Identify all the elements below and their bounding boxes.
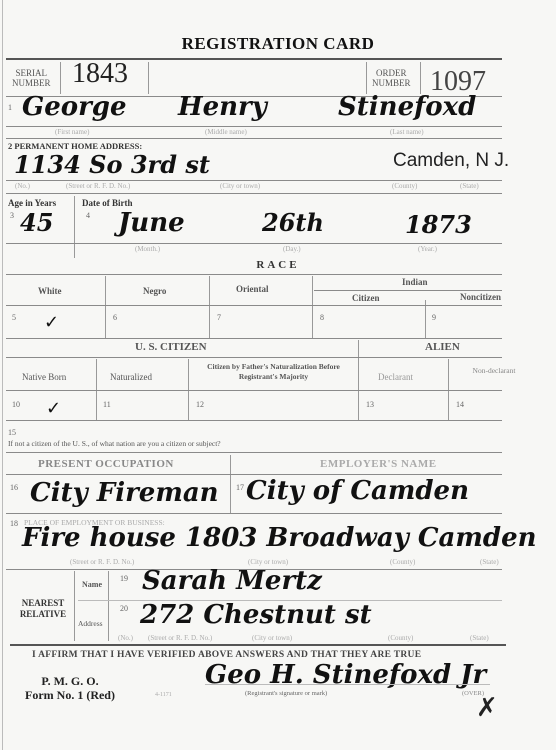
occupation-value: City Fireman — [30, 478, 219, 508]
employer-header: EMPLOYER'S NAME — [320, 458, 437, 470]
employment-place-value: Fire house 1803 Broadway Camden — [22, 523, 537, 553]
order-number-label: ORDER NUMBER — [372, 68, 411, 88]
alien-header: ALIEN — [425, 341, 460, 353]
race-white-checkmark: ✓ — [44, 312, 59, 333]
registrant-mark-icon: ✗ — [476, 693, 498, 723]
birth-year: 1873 — [405, 210, 472, 239]
indian-label: Indian — [402, 277, 428, 287]
serial-number: 1843 — [72, 58, 128, 90]
nearest-relative-label: NEAREST RELATIVE — [14, 598, 72, 620]
birth-month: June — [118, 208, 185, 238]
birth-day: 26th — [262, 208, 324, 237]
occupation-header: PRESENT OCCUPATION — [38, 458, 174, 470]
middle-name: Henry — [178, 92, 267, 122]
employer-value: City of Camden — [246, 476, 469, 506]
question-15: If not a citizen of the U. S., of what n… — [8, 439, 221, 448]
footer-form-id: P. M. G. O. Form No. 1 (Red) — [10, 674, 130, 702]
first-name: George — [22, 92, 127, 122]
us-citizen-header: U. S. CITIZEN — [135, 341, 207, 353]
relative-name: Sarah Mertz — [142, 566, 322, 596]
home-city-state: Camden, N J. — [393, 150, 509, 172]
birth-date-label: Date of Birth — [82, 198, 133, 208]
relative-address: 272 Chestnut st — [140, 600, 372, 630]
affirmation-text: I AFFIRM THAT I HAVE VERIFIED ABOVE ANSW… — [32, 650, 421, 660]
race-header: RACE — [0, 259, 556, 271]
age-label: Age in Years — [8, 198, 56, 208]
card-title: REGISTRATION CARD — [0, 34, 556, 54]
native-born-checkmark: ✓ — [46, 398, 61, 419]
registrant-signature: Geo H. Stinefoxd Jr — [205, 660, 486, 690]
serial-number-label: SERIAL NUMBER — [12, 68, 51, 88]
home-street: 1134 So 3rd st — [14, 150, 210, 179]
last-name: Stinefoxd — [338, 92, 476, 122]
age-value: 45 — [20, 208, 53, 237]
